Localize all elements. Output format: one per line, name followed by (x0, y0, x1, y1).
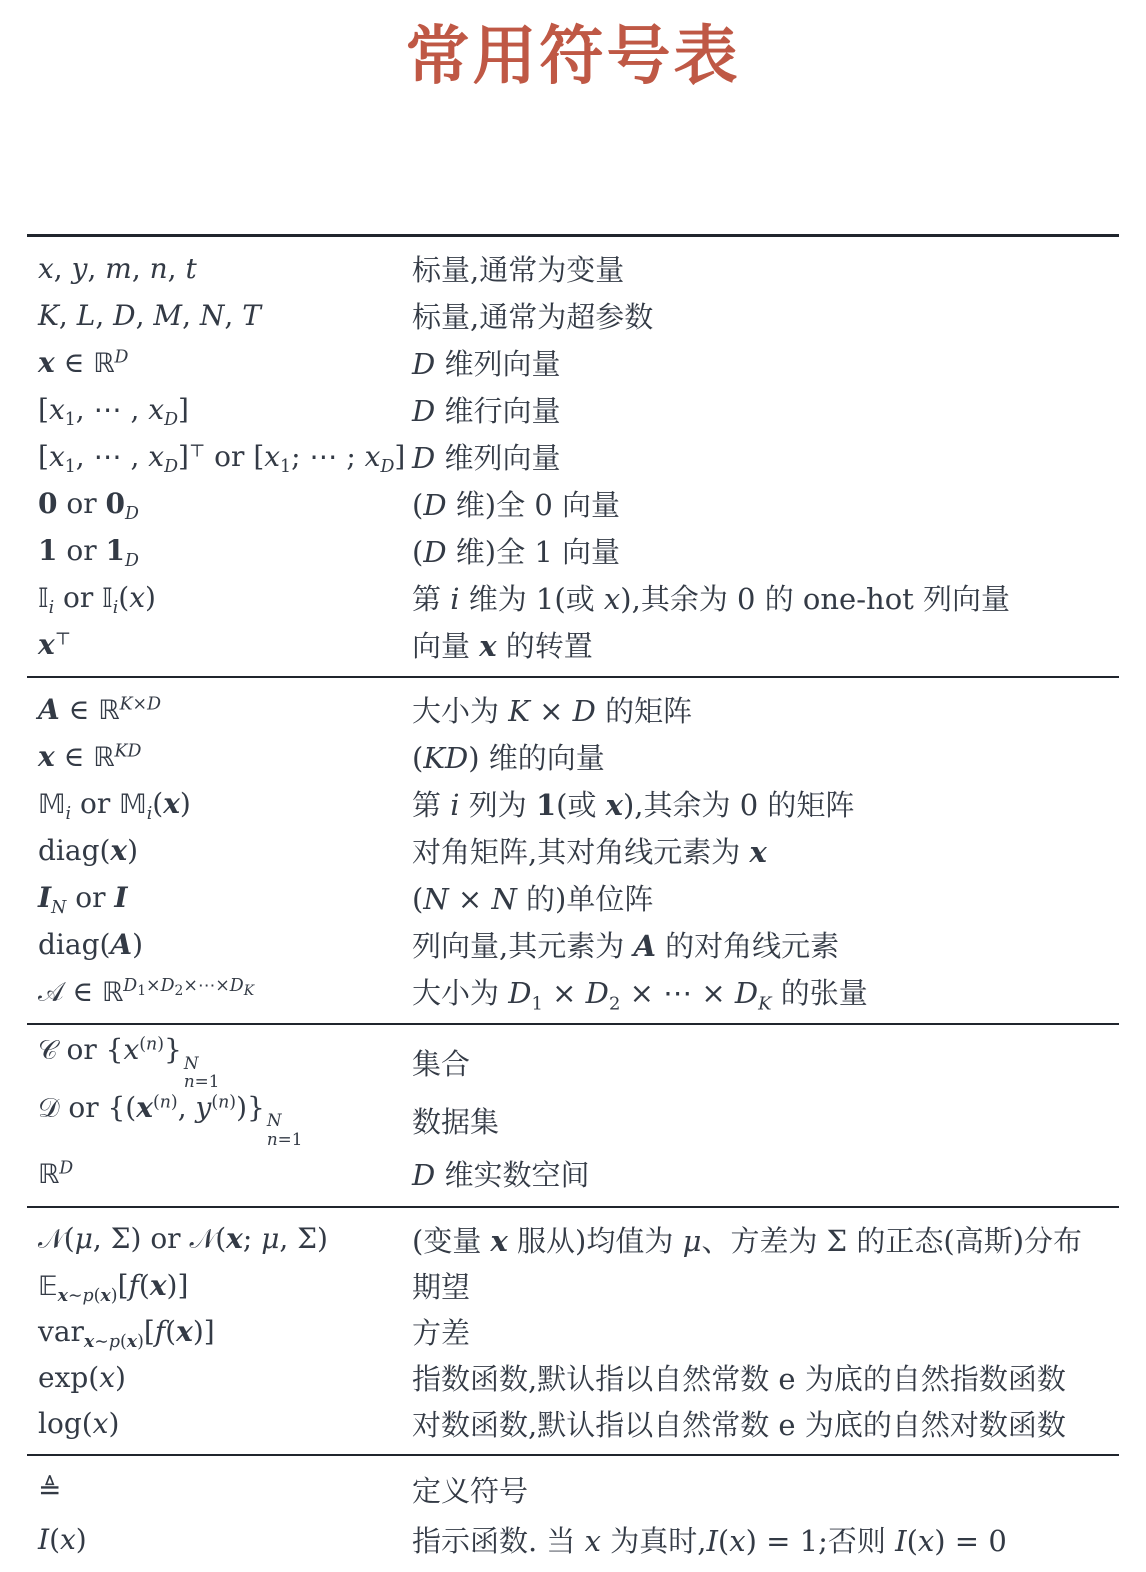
symbol-cell: log(x) (27, 1407, 412, 1440)
symbol-cell: diag(x) (27, 834, 412, 867)
description-cell: 大小为 K × D 的矩阵 (412, 689, 1119, 730)
table-row: ℝD D 维实数空间 (27, 1149, 1119, 1198)
symbol-cell: x ∈ ℝD (27, 346, 412, 379)
table-row: exp(x) 指数函数,默认指以自然常数 e 为底的自然指数函数 (27, 1354, 1119, 1400)
description-cell: 指示函数. 当 x 为真时,I(x) = 1;否则 I(x) = 0 (412, 1519, 1119, 1560)
table-row: diag(x) 对角矩阵,其对角线元素为 x (27, 827, 1119, 874)
description-cell: 数据集 (412, 1100, 1119, 1141)
description-cell: (变量 x 服从)均值为 μ、方差为 Σ 的正态(高斯)分布 (412, 1219, 1119, 1260)
table-row: x ∈ ℝD D 维列向量 (27, 339, 1119, 386)
description-cell: D 维列向量 (412, 436, 1119, 477)
symbol-cell: diag(A) (27, 928, 412, 961)
description-cell: 标量,通常为超参数 (412, 295, 1119, 336)
table-row: [x1, ⋯ , xD]⊤ or [x1; ⋯ ; xD] D 维列向量 (27, 433, 1119, 480)
table-row: 𝒩(μ, Σ) or 𝒩(x; μ, Σ) (变量 x 服从)均值为 μ、方差为… (27, 1216, 1119, 1262)
table-row: diag(A) 列向量,其元素为 A 的对角线元素 (27, 921, 1119, 968)
symbol-cell: IN or I (27, 881, 412, 914)
table-row: K, L, D, M, N, T 标量,通常为超参数 (27, 292, 1119, 339)
description-cell: 标量,通常为变量 (412, 248, 1119, 289)
symbol-cell: exp(x) (27, 1361, 412, 1394)
symbol-cell: 𝒩(μ, Σ) or 𝒩(x; μ, Σ) (27, 1222, 412, 1256)
notation-table: x, y, m, n, t 标量,通常为变量 K, L, D, M, N, T … (27, 234, 1119, 1572)
table-row: 𝕀i or 𝕀i(x) 第 i 维为 1(或 x),其余为 0 的 one-ho… (27, 574, 1119, 621)
table-row: 𝕄i or 𝕄i(x) 第 i 列为 1(或 x),其余为 0 的矩阵 (27, 780, 1119, 827)
table-row: 0 or 0D (D 维)全 0 向量 (27, 480, 1119, 527)
description-cell: 大小为 D1 × D2 × ⋯ × DK 的张量 (412, 971, 1119, 1012)
description-cell: D 维列向量 (412, 342, 1119, 383)
symbol-cell: 𝕄i or 𝕄i(x) (27, 787, 412, 820)
page-title: 常用符号表 (0, 14, 1146, 100)
description-cell: 对角矩阵,其对角线元素为 x (412, 830, 1119, 871)
description-cell: 对数函数,默认指以自然常数 e 为底的自然对数函数 (412, 1403, 1119, 1444)
table-section-matrices-tensors: A ∈ ℝK×D 大小为 K × D 的矩阵 x ∈ ℝKD (KD) 维的向量… (27, 678, 1119, 1025)
description-cell: 期望 (412, 1265, 1119, 1306)
description-cell: 方差 (412, 1311, 1119, 1352)
symbol-cell: varx∼p(x)[f(x)] (27, 1315, 412, 1348)
table-row: 𝒜 ∈ ℝD1×D2×⋯×DK 大小为 D1 × D2 × ⋯ × DK 的张量 (27, 968, 1119, 1015)
table-row: 𝒞 or {x(n)}Nn=1 集合 (27, 1033, 1119, 1091)
description-cell: (N × N 的)单位阵 (412, 877, 1119, 918)
page: { "page": { "title": "常用符号表", "title_col… (0, 0, 1146, 1572)
description-cell: 第 i 维为 1(或 x),其余为 0 的 one-hot 列向量 (412, 577, 1119, 618)
symbol-cell: 𝔼x∼p(x)[f(x)] (27, 1269, 412, 1302)
table-row: IN or I (N × N 的)单位阵 (27, 874, 1119, 921)
symbol-cell: [x1, ⋯ , xD] (27, 393, 412, 426)
description-cell: (KD) 维的向量 (412, 736, 1119, 777)
description-cell: D 维实数空间 (412, 1153, 1119, 1194)
table-row: x, y, m, n, t 标量,通常为变量 (27, 245, 1119, 292)
description-cell: 第 i 列为 1(或 x),其余为 0 的矩阵 (412, 783, 1119, 824)
table-row: log(x) 对数函数,默认指以自然常数 e 为底的自然对数函数 (27, 1400, 1119, 1446)
description-cell: (D 维)全 0 向量 (412, 483, 1119, 524)
description-cell: 列向量,其元素为 A 的对角线元素 (412, 924, 1119, 965)
table-row: varx∼p(x)[f(x)] 方差 (27, 1308, 1119, 1354)
symbol-cell: A ∈ ℝK×D (27, 693, 412, 726)
description-cell: 指数函数,默认指以自然常数 e 为底的自然指数函数 (412, 1357, 1119, 1398)
symbol-cell: x ∈ ℝKD (27, 740, 412, 773)
symbol-cell: [x1, ⋯ , xD]⊤ or [x1; ⋯ ; xD] (27, 440, 412, 473)
table-row: 𝔼x∼p(x)[f(x)] 期望 (27, 1262, 1119, 1308)
symbol-cell: x, y, m, n, t (27, 252, 412, 285)
symbol-cell: 𝕀i or 𝕀i(x) (27, 581, 412, 614)
table-section-probability-functions: 𝒩(μ, Σ) or 𝒩(x; μ, Σ) (变量 x 服从)均值为 μ、方差为… (27, 1208, 1119, 1456)
table-row: A ∈ ℝK×D 大小为 K × D 的矩阵 (27, 686, 1119, 733)
table-section-misc: ≜ 定义符号 I(x) 指示函数. 当 x 为真时,I(x) = 1;否则 I(… (27, 1456, 1119, 1572)
symbol-cell: 𝒜 ∈ ℝD1×D2×⋯×DK (27, 975, 412, 1009)
table-row: ≜ 定义符号 (27, 1464, 1119, 1514)
symbol-cell: 𝒟 or {(x(n), y(n))}Nn=1 (27, 1091, 412, 1149)
symbol-cell: ℝD (27, 1157, 412, 1190)
symbol-cell: 1 or 1D (27, 534, 412, 567)
table-section-sets: 𝒞 or {x(n)}Nn=1 集合 𝒟 or {(x(n), y(n))}Nn… (27, 1025, 1119, 1208)
table-row: x⊤ 向量 x 的转置 (27, 621, 1119, 668)
table-row: I(x) 指示函数. 当 x 为真时,I(x) = 1;否则 I(x) = 0 (27, 1514, 1119, 1564)
table-section-scalars-vectors: x, y, m, n, t 标量,通常为变量 K, L, D, M, N, T … (27, 237, 1119, 678)
symbol-cell: I(x) (27, 1523, 412, 1556)
symbol-cell: 𝒞 or {x(n)}Nn=1 (27, 1033, 412, 1091)
description-cell: 向量 x 的转置 (412, 624, 1119, 665)
description-cell: 定义符号 (412, 1469, 1119, 1510)
symbol-cell: 0 or 0D (27, 487, 412, 520)
description-cell: D 维行向量 (412, 389, 1119, 430)
description-cell: (D 维)全 1 向量 (412, 530, 1119, 571)
symbol-cell: ≜ (27, 1473, 412, 1506)
table-row: 1 or 1D (D 维)全 1 向量 (27, 527, 1119, 574)
symbol-cell: K, L, D, M, N, T (27, 299, 412, 332)
table-row: x ∈ ℝKD (KD) 维的向量 (27, 733, 1119, 780)
description-cell: 集合 (412, 1042, 1119, 1083)
table-row: [x1, ⋯ , xD] D 维行向量 (27, 386, 1119, 433)
table-row: 𝒟 or {(x(n), y(n))}Nn=1 数据集 (27, 1091, 1119, 1149)
symbol-cell: x⊤ (27, 628, 412, 661)
